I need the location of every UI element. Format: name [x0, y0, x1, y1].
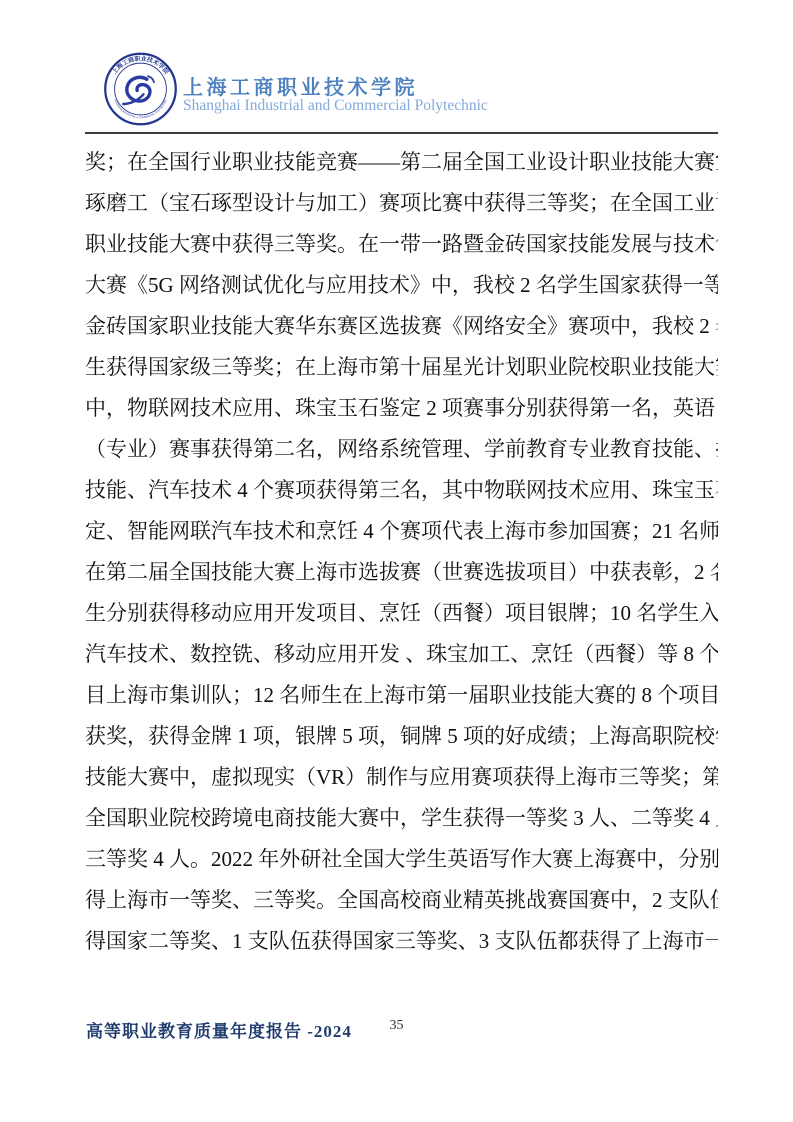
text-line: 生获得国家级三等奖；在上海市第十届星光计划职业院校职业技能大赛 — [85, 347, 718, 388]
text-line: 技能、汽车技术 4 个赛项获得第三名，其中物联网技术应用、珠宝玉石鉴 — [85, 470, 718, 511]
school-name-zh: 上海工商职业技术学院 — [183, 71, 418, 100]
text-line: 大赛《5G 网络测试优化与应用技术》中，我校 2 名学生国家获得一等奖； — [85, 265, 718, 306]
text-line: 目上海市集训队；12 名师生在上海市第一届职业技能大赛的 8 个项目中 — [85, 675, 718, 716]
text-line: 琢磨工（宝石琢型设计与加工）赛项比赛中获得三等奖；在全国工业设计 — [85, 183, 718, 224]
text-line: 中，物联网技术应用、珠宝玉石鉴定 2 项赛事分别获得第一名，英语口语 — [85, 388, 718, 429]
text-line: 得上海市一等奖、三等奖。全国高校商业精英挑战赛国赛中，2 支队伍获 — [85, 880, 718, 921]
text-line: 奖；在全国行业职业技能竞赛——第二届全国工业设计职业技能大赛宝石 — [85, 142, 718, 183]
footer-report-title: 高等职业教育质量年度报告 -2024 — [86, 1017, 352, 1042]
text-line: 职业技能大赛中获得三等奖。在一带一路暨金砖国家技能发展与技术创新 — [85, 224, 718, 265]
school-emblem-icon: 上海工商职业技术学院 SHANGHAI INDUSTRIAL & COMMERC… — [103, 50, 178, 128]
text-line: （专业）赛事获得第二名，网络系统管理、学前教育专业教育技能、护理 — [85, 429, 718, 470]
text-line: 金砖国家职业技能大赛华东赛区选拔赛《网络安全》赛项中，我校 2 名学 — [85, 306, 718, 347]
text-line: 获奖，获得金牌 1 项，银牌 5 项，铜牌 5 项的好成绩；上海高职院校学生 — [85, 716, 718, 757]
text-line: 技能大赛中，虚拟现实（VR）制作与应用赛项获得上海市三等奖；第六届 — [85, 757, 718, 798]
text-line: 汽车技术、数控铣、移动应用开发 、珠宝加工、烹饪（西餐）等 8 个项 — [85, 634, 718, 675]
header-divider — [85, 132, 718, 134]
text-line: 定、智能网联汽车技术和烹饪 4 个赛项代表上海市参加国赛；21 名师生 — [85, 511, 718, 552]
text-line: 在第二届全国技能大赛上海市选拔赛（世赛选拔项目）中获表彰，2 名学 — [85, 552, 718, 593]
text-line: 三等奖 4 人。2022 年外研社全国大学生英语写作大赛上海赛中，分别获 — [85, 839, 718, 880]
school-name-en: Shanghai Industrial and Commercial Polyt… — [183, 97, 488, 115]
document-page: 上海工商职业技术学院 SHANGHAI INDUSTRIAL & COMMERC… — [0, 0, 793, 1122]
text-line: 得国家二等奖、1 支队伍获得国家三等奖、3 支队伍都获得了上海市一等 — [85, 921, 718, 962]
text-line: 生分别获得移动应用开发项目、烹饪（西餐）项目银牌；10 名学生入围 — [85, 593, 718, 634]
text-line: 全国职业院校跨境电商技能大赛中，学生获得一等奖 3 人、二等奖 4 人、 — [85, 798, 718, 839]
school-logo: 上海工商职业技术学院 SHANGHAI INDUSTRIAL & COMMERC… — [103, 50, 178, 128]
body-paragraph: 奖；在全国行业职业技能竞赛——第二届全国工业设计职业技能大赛宝石 琢磨工（宝石琢… — [85, 142, 718, 962]
